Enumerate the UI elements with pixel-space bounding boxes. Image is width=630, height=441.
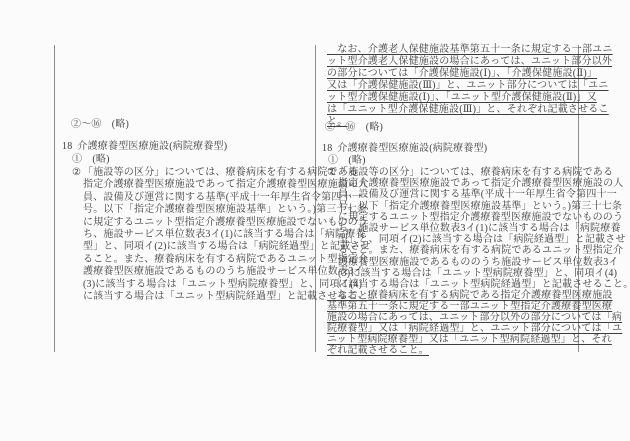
item-2-paragraph: 「施設等の区分」については、療養病床を有する病院である指定介護療養型医療施設であ…: [338, 167, 630, 290]
item-2-label: ②: [72, 167, 81, 179]
text-line: 基準第五十一条に規定する一部ユニット型指定介護療養型医療: [327, 301, 622, 312]
text-line: 指定介護療養型医療施設であって指定介護療養型医療施設の人: [338, 178, 630, 189]
text-line: ち、施設サービス単位数表3イ(1)に該当する場合は「病院療養: [338, 223, 630, 234]
text-line: ニット型病院療養型」又は「ユニット型病院経過型」と、それ: [327, 334, 622, 345]
text-line: 護療養型医療施設であるもののうち施設サービス単位数表3イ: [338, 257, 630, 268]
section-number: 18: [62, 141, 72, 152]
text-line: 院療養型」又は「病院経過型」と、ユニット部分については「ユ: [327, 323, 622, 334]
text-line: 「施設等の区分」については、療養病床を有する病院である: [338, 167, 630, 178]
added-note-bottom: なお、療養病床を有する病院である指定介護療養型医療施設基準第五十一条に規定する一…: [327, 290, 622, 357]
text-line: (3)に該当する場合は「ユニット型病院療養型」と、同項イ(4): [338, 268, 630, 279]
text-line: なお、療養病床を有する病院である指定介護療養型医療施設: [327, 290, 622, 301]
text-line: 員、設備及び運営に関する基準(平成十一年厚生省令第四十一: [338, 189, 630, 200]
text-line: 型」と、同項イ(2)に該当する場合は「病院経過型」と記載させ: [338, 234, 630, 245]
text-line: なお、介護老人保健施設基準第五十一条に規定する一部ユニ: [327, 44, 613, 56]
section-heading: 18介護療養型医療施設(病院療養型): [322, 143, 487, 155]
text-line: ること。また、療養病床を有する病院であるユニット型指定介: [338, 245, 630, 256]
item-1: ① (略): [72, 154, 110, 166]
text-line: の部分については「介護保健施設(Ⅰ)」、「介護保健施設(Ⅱ)」: [327, 68, 613, 80]
text-line: 施設の場合にあっては、ユニット部分以外の部分については「病: [327, 312, 622, 323]
text-line: ット型介護老人保健施設の場合にあっては、ユニット部分以外: [327, 56, 613, 68]
section-title: 介護療養型医療施設(病院療養型): [77, 141, 227, 152]
text-line: 号。以下「指定介護療養型医療施設基準」という。)第三十七条: [338, 201, 630, 212]
text-line: は「ユニット型介護保健施設(Ⅲ)」と、それぞれ記載させるこ: [327, 104, 613, 116]
text-line: 又は「介護保健施設(Ⅲ)」と、ユニット部分については「ユニ: [327, 80, 613, 92]
section-title: 介護療養型医療施設(病院療養型): [337, 143, 487, 154]
text-line: に規定するユニット型指定介護療養型医療施設でないもののう: [338, 212, 630, 223]
section-number: 18: [322, 143, 332, 154]
item-2-label: ②: [327, 167, 336, 179]
text-line: ット型介護保健施設(Ⅰ)」、「ユニット型介護保健施設(Ⅱ)」又: [327, 92, 613, 104]
text-line: ぞれ記載させること。: [327, 345, 622, 356]
skip-note: ②〜⑯ (略): [71, 119, 129, 131]
item-1: ① (略): [328, 155, 366, 167]
added-note-top: なお、介護老人保健施設基準第五十一条に規定する一部ユニット型介護老人保健施設の場…: [327, 44, 613, 128]
column-rule-left: [54, 45, 55, 352]
new-text-column: なお、介護老人保健施設基準第五十一条に規定する一部ユニット型介護老人保健施設の場…: [322, 0, 578, 441]
section-heading: 18介護療養型医療施設(病院療養型): [62, 141, 227, 153]
skip-note: ②〜⑯ (略): [325, 122, 383, 134]
old-text-column: ②〜⑯ (略) 18介護療養型医療施設(病院療養型) ① (略) ② 「施設等の…: [62, 0, 312, 441]
text-line: に該当する場合は「ユニット型病院経過型」と記載させること。: [338, 279, 630, 290]
comparison-document-page: ②〜⑯ (略) 18介護療養型医療施設(病院療養型) ① (略) ② 「施設等の…: [0, 0, 630, 441]
